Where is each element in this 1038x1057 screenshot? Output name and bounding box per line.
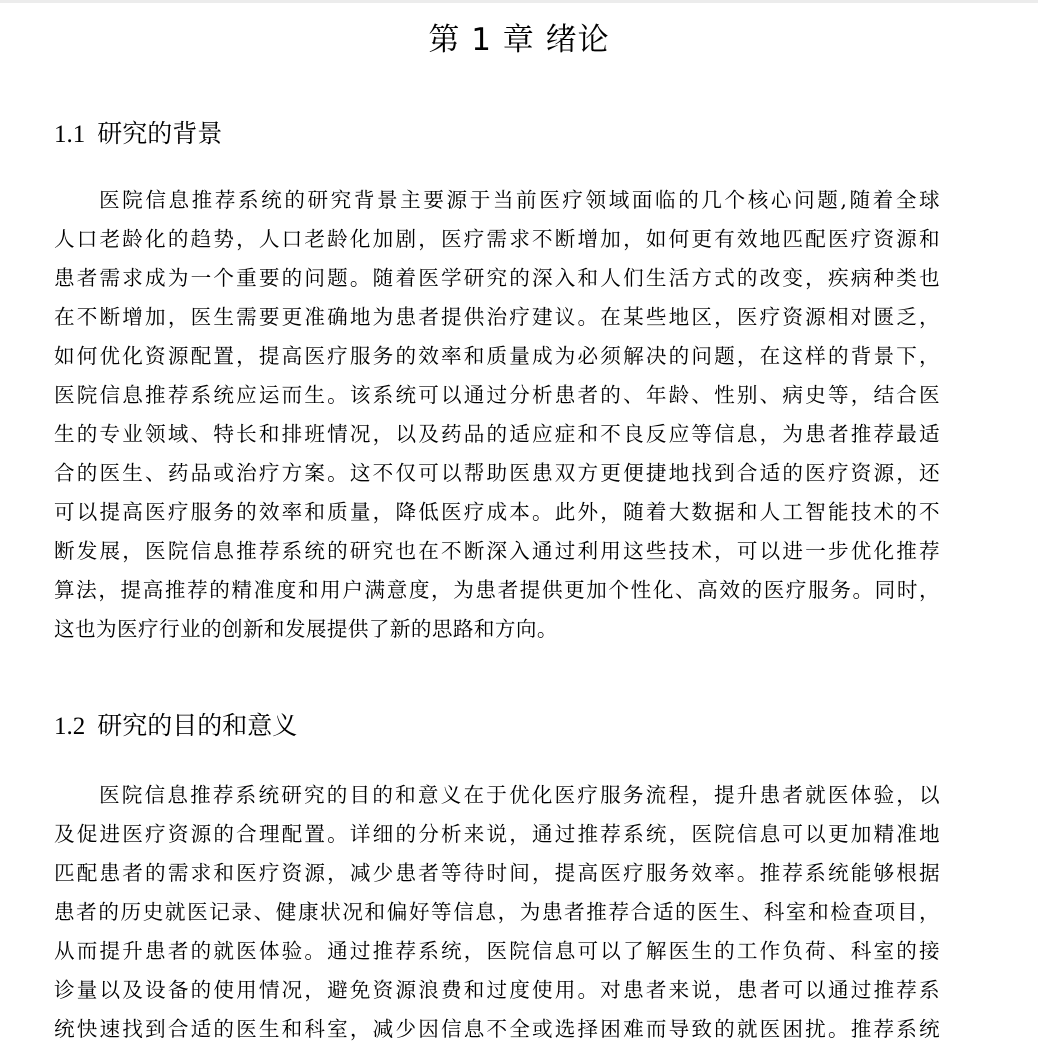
text-line: 统快速找到合适的医生和科室，减少因信息不全或选择困难而导致的就医困扰。推荐系统 [54, 1010, 940, 1049]
section-heading-1-2: 1.2研究的目的和意义 [54, 708, 297, 745]
text-line: 可以提高医疗服务的效率和质量，降低医疗成本。此外，随着大数据和人工智能技术的不 [54, 493, 940, 532]
paragraph-background: 医院信息推荐系统的研究背景主要源于当前医疗领域面临的几个核心问题,随着全球 人口… [54, 181, 940, 649]
text-line: 医院信息推荐系统应运而生。该系统可以通过分析患者的、年龄、性别、病史等，结合医 [54, 376, 940, 415]
section-number: 1.1 [54, 121, 85, 148]
text-line: 医院信息推荐系统研究的目的和意义在于优化医疗服务流程，提升患者就医体验，以 [54, 776, 940, 815]
section-number: 1.2 [54, 713, 85, 740]
text-line: 诊量以及设备的使用情况，避免资源浪费和过度使用。对患者来说，患者可以通过推荐系 [54, 971, 940, 1010]
text-line: 患者需求成为一个重要的问题。随着医学研究的深入和人们生活方式的改变，疾病种类也 [54, 259, 940, 298]
section-title: 研究的目的和意义 [97, 711, 297, 740]
text-line: 患者的历史就医记录、健康状况和偏好等信息，为患者推荐合适的医生、科室和检查项目， [54, 893, 940, 932]
text-line: 从而提升患者的就医体验。通过推荐系统，医院信息可以了解医生的工作负荷、科室的接 [54, 932, 940, 971]
text-line: 断发展，医院信息推荐系统的研究也在不断深入通过利用这些技术，可以进一步优化推荐 [54, 532, 940, 571]
text-line: 人口老龄化的趋势，人口老龄化加剧，医疗需求不断增加，如何更有效地匹配医疗资源和 [54, 220, 940, 259]
text-line: 合的医生、药品或治疗方案。这不仅可以帮助医患双方更便捷地找到合适的医疗资源，还 [54, 454, 940, 493]
text-line: 医院信息推荐系统的研究背景主要源于当前医疗领域面临的几个核心问题,随着全球 [54, 181, 940, 220]
text-line: 如何优化资源配置，提高医疗服务的效率和质量成为必须解决的问题，在这样的背景下， [54, 337, 940, 376]
text-line: 在不断增加，医生需要更准确地为患者提供治疗建议。在某些地区，医疗资源相对匮乏， [54, 298, 940, 337]
text-line: 生的专业领域、特长和排班情况，以及药品的适应症和不良反应等信息，为患者推荐最适 [54, 415, 940, 454]
chapter-title: 第 1 章 绪论 [0, 16, 1038, 64]
paragraph-purpose: 医院信息推荐系统研究的目的和意义在于优化医疗服务流程，提升患者就医体验，以 及促… [54, 776, 940, 1049]
section-title: 研究的背景 [97, 119, 222, 148]
text-line: 算法，提高推荐的精准度和用户满意度，为患者提供更加个性化、高效的医疗服务。同时， [54, 571, 940, 610]
section-heading-1-1: 1.1研究的背景 [54, 116, 222, 153]
page-top-border [0, 0, 1038, 3]
text-line: 这也为医疗行业的创新和发展提供了新的思路和方向。 [54, 610, 940, 649]
text-line: 匹配患者的需求和医疗资源，减少患者等待时间，提高医疗服务效率。推荐系统能够根据 [54, 854, 940, 893]
text-line: 及促进医疗资源的合理配置。详细的分析来说，通过推荐系统，医院信息可以更加精准地 [54, 815, 940, 854]
